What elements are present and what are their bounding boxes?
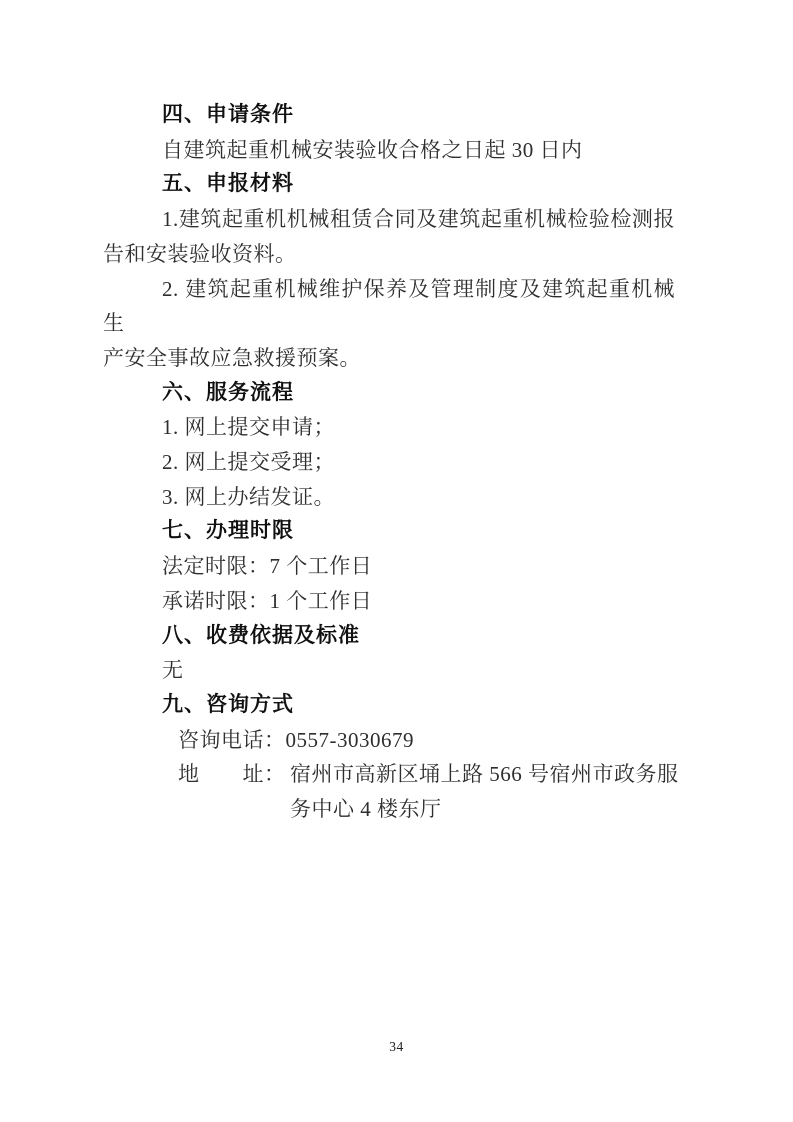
contact-address-line2: 务中心 4 楼东厅 [290, 792, 675, 827]
section5-item1-line1: 1.建筑起重机机械租赁合同及建筑起重机械检验检测报 [103, 202, 675, 237]
page-number: 34 [0, 1038, 793, 1056]
section7-promised-limit: 承诺时限：1 个工作日 [103, 584, 675, 619]
contact-address-label: 地 址： [178, 757, 290, 792]
section7-legal-limit: 法定时限：7 个工作日 [103, 549, 675, 584]
section4-body: 自建筑起重机械安装验收合格之日起 30 日内 [103, 133, 675, 168]
section5-item2-line2: 产安全事故应急救援预案。 [103, 341, 675, 376]
section9-heading: 九、咨询方式 [103, 688, 675, 723]
section7-heading: 七、办理时限 [103, 514, 675, 549]
section4-heading: 四、申请条件 [103, 98, 675, 133]
section6-step3: 3. 网上办结发证。 [103, 480, 675, 515]
contact-address-text: 宿州市高新区埇上路 566 号宿州市政务服 [290, 757, 679, 792]
contact-phone-line: 咨询电话：0557-3030679 [178, 723, 675, 758]
section8-body: 无 [103, 653, 675, 688]
section6-heading: 六、服务流程 [103, 376, 675, 411]
contact-address-line1: 地 址： 宿州市高新区埇上路 566 号宿州市政务服 [178, 757, 675, 792]
document-content: 四、申请条件 自建筑起重机械安装验收合格之日起 30 日内 五、申报材料 1.建… [103, 98, 675, 827]
document-page: 四、申请条件 自建筑起重机械安装验收合格之日起 30 日内 五、申报材料 1.建… [0, 0, 793, 1122]
section5-item2-line1: 2. 建筑起重机械维护保养及管理制度及建筑起重机械生 [103, 272, 675, 341]
section6-step1: 1. 网上提交申请； [103, 410, 675, 445]
section5-item1-line2: 告和安装验收资料。 [103, 237, 675, 272]
section6-step2: 2. 网上提交受理； [103, 445, 675, 480]
section8-heading: 八、收费依据及标准 [103, 619, 675, 654]
section5-heading: 五、申报材料 [103, 167, 675, 202]
